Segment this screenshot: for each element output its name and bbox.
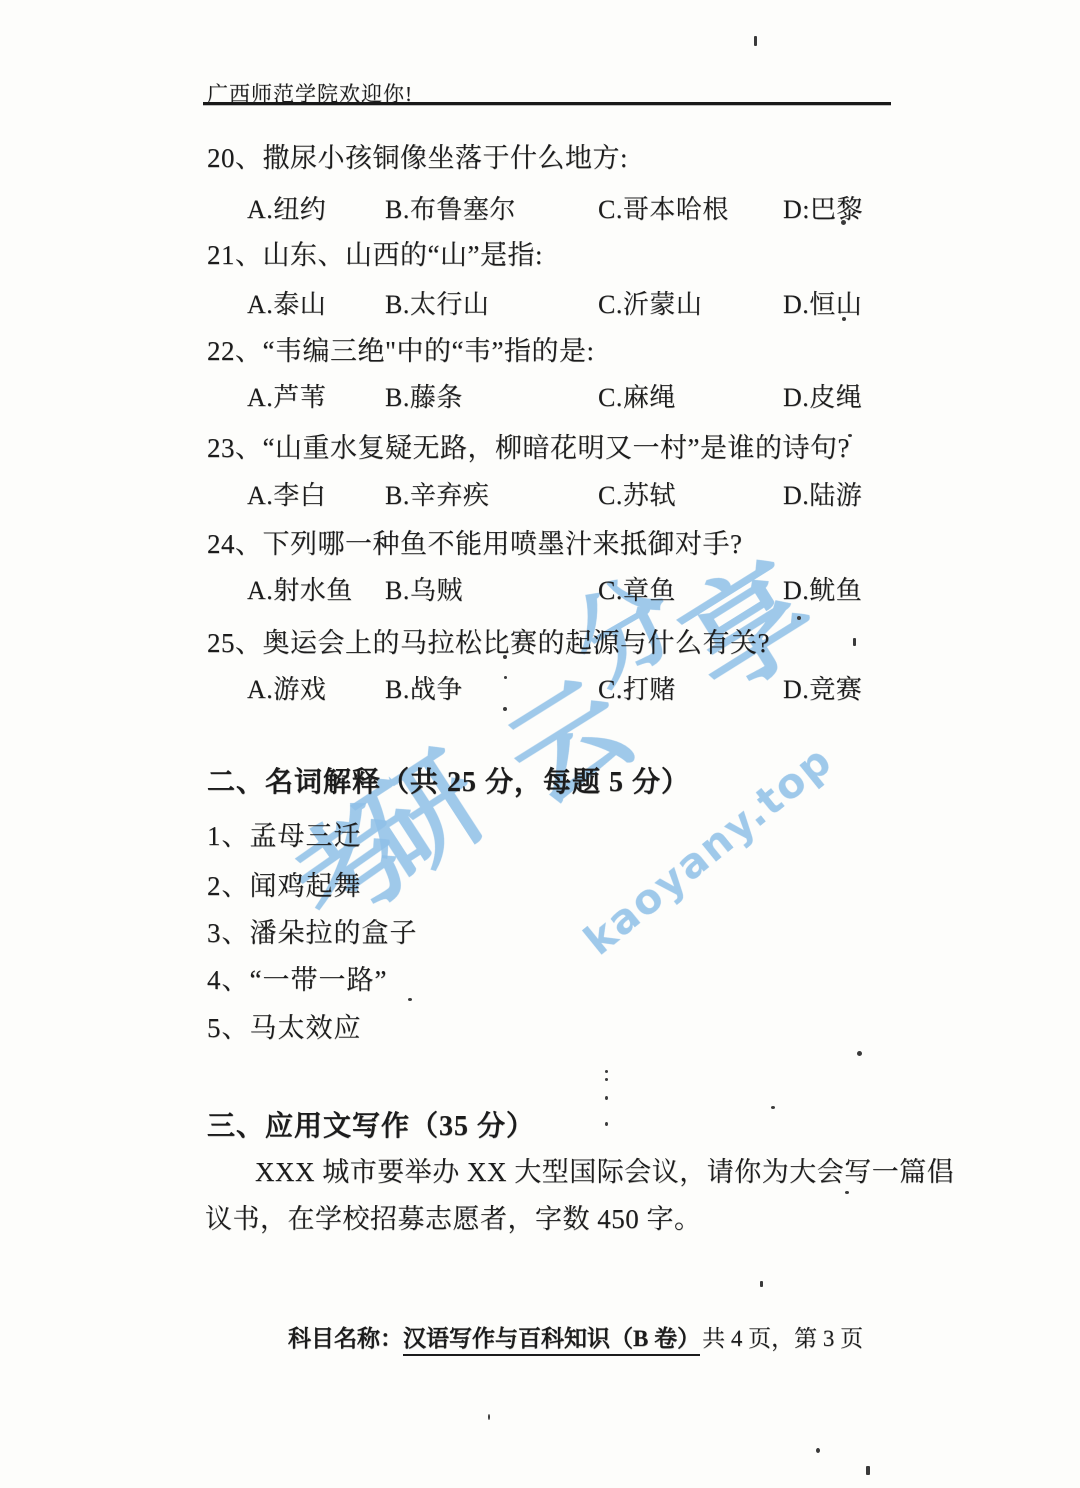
question-20-text: 20、撒尿小孩铜像坐落于什么地方: [207,136,628,175]
section-3-title: 三、应用文写作（35 分） [207,1104,535,1144]
option-24-a: A.射水鱼 [247,570,353,607]
option-23-d: D.陆游 [783,475,862,512]
option-20-b: B.布鲁塞尔 [385,189,516,226]
question-24-options: A.射水鱼 B.乌贼 C.章鱼 D.鱿鱼 [0,570,1080,604]
question-23-options: A.李白 B.辛弃疾 C.苏轼 D.陆游 [0,475,1080,509]
exam-paper-page: 考 研 云 分 享 kaoyany.top 广西师范学院欢迎你! 20、撒尿小孩… [0,0,1080,1488]
question-21-text: 21、山东、山西的“山”是指: [207,233,543,272]
question-25-text: 25、奥运会上的马拉松比赛的起源与什么有关? [207,621,770,660]
question-22-options: A.芦苇 B.藤条 C.麻绳 D.皮绳 [0,377,1080,411]
question-24-text: 24、下列哪一种鱼不能用喷墨汁来抵御对手? [207,522,742,561]
option-25-c: C.打赌 [598,669,676,706]
section-3-paragraph-line1: XXX 城市要举办 XX 大型国际会议，请你为大会写一篇倡 [255,1150,954,1189]
question-23-text: 23、“山重水复疑无路，柳暗花明又一村”是谁的诗句? [207,426,850,465]
option-24-b: B.乌贼 [385,570,463,607]
question-25-options: A.游戏 B.战争 C.打赌 D.竞赛 [0,669,1080,703]
option-22-a: A.芦苇 [247,377,326,414]
question-21-options: A.泰山 B.太行山 C.沂蒙山 D.恒山 [0,284,1080,318]
option-20-a: A.纽约 [247,189,326,226]
option-22-b: B.藤条 [385,377,463,414]
option-23-b: B.辛弃疾 [385,475,489,512]
footer: 科目名称：汉语写作与百科知识（B 卷）共 4 页，第 3 页 [288,1320,863,1353]
option-22-c: C.麻绳 [598,377,676,414]
option-25-b: B.战争 [385,669,463,706]
question-22-text: 22、“韦编三绝"中的“韦”指的是: [207,329,594,368]
option-25-d: D.竞赛 [783,669,862,706]
term-item-4: 4、“一带一路” [207,958,387,997]
option-22-d: D.皮绳 [783,377,862,414]
option-21-b: B.太行山 [385,284,489,321]
option-23-c: C.苏轼 [598,475,676,512]
option-24-c: C.章鱼 [598,570,676,607]
option-25-a: A.游戏 [247,669,326,706]
option-20-c: C.哥本哈根 [598,189,729,226]
term-item-1: 1、孟母三迁 [207,814,362,853]
option-20-d: D:巴黎 [783,189,863,226]
option-21-c: C.沂蒙山 [598,284,702,321]
footer-page-info: 共 4 页，第 3 页 [702,1326,863,1351]
term-item-3: 3、潘朵拉的盒子 [207,911,418,950]
option-21-d: D.恒山 [783,284,862,321]
section-2-title: 二、名词解释（共 25 分，每题 5 分） [207,760,690,800]
question-20-options: A.纽约 B.布鲁塞尔 C.哥本哈根 D:巴黎 [0,189,1080,223]
section-3-paragraph-line2: 议书，在学校招募志愿者，字数 450 字。 [205,1197,702,1236]
term-item-5: 5、马太效应 [207,1006,362,1045]
footer-subject-name: 汉语写作与百科知识（B 卷） [403,1326,700,1356]
option-21-a: A.泰山 [247,284,326,321]
term-item-2: 2、闻鸡起舞 [207,864,362,903]
option-23-a: A.李白 [247,475,326,512]
footer-subject-label: 科目名称： [288,1326,403,1351]
option-24-d: D.鱿鱼 [783,570,862,607]
header-rule [203,102,891,105]
